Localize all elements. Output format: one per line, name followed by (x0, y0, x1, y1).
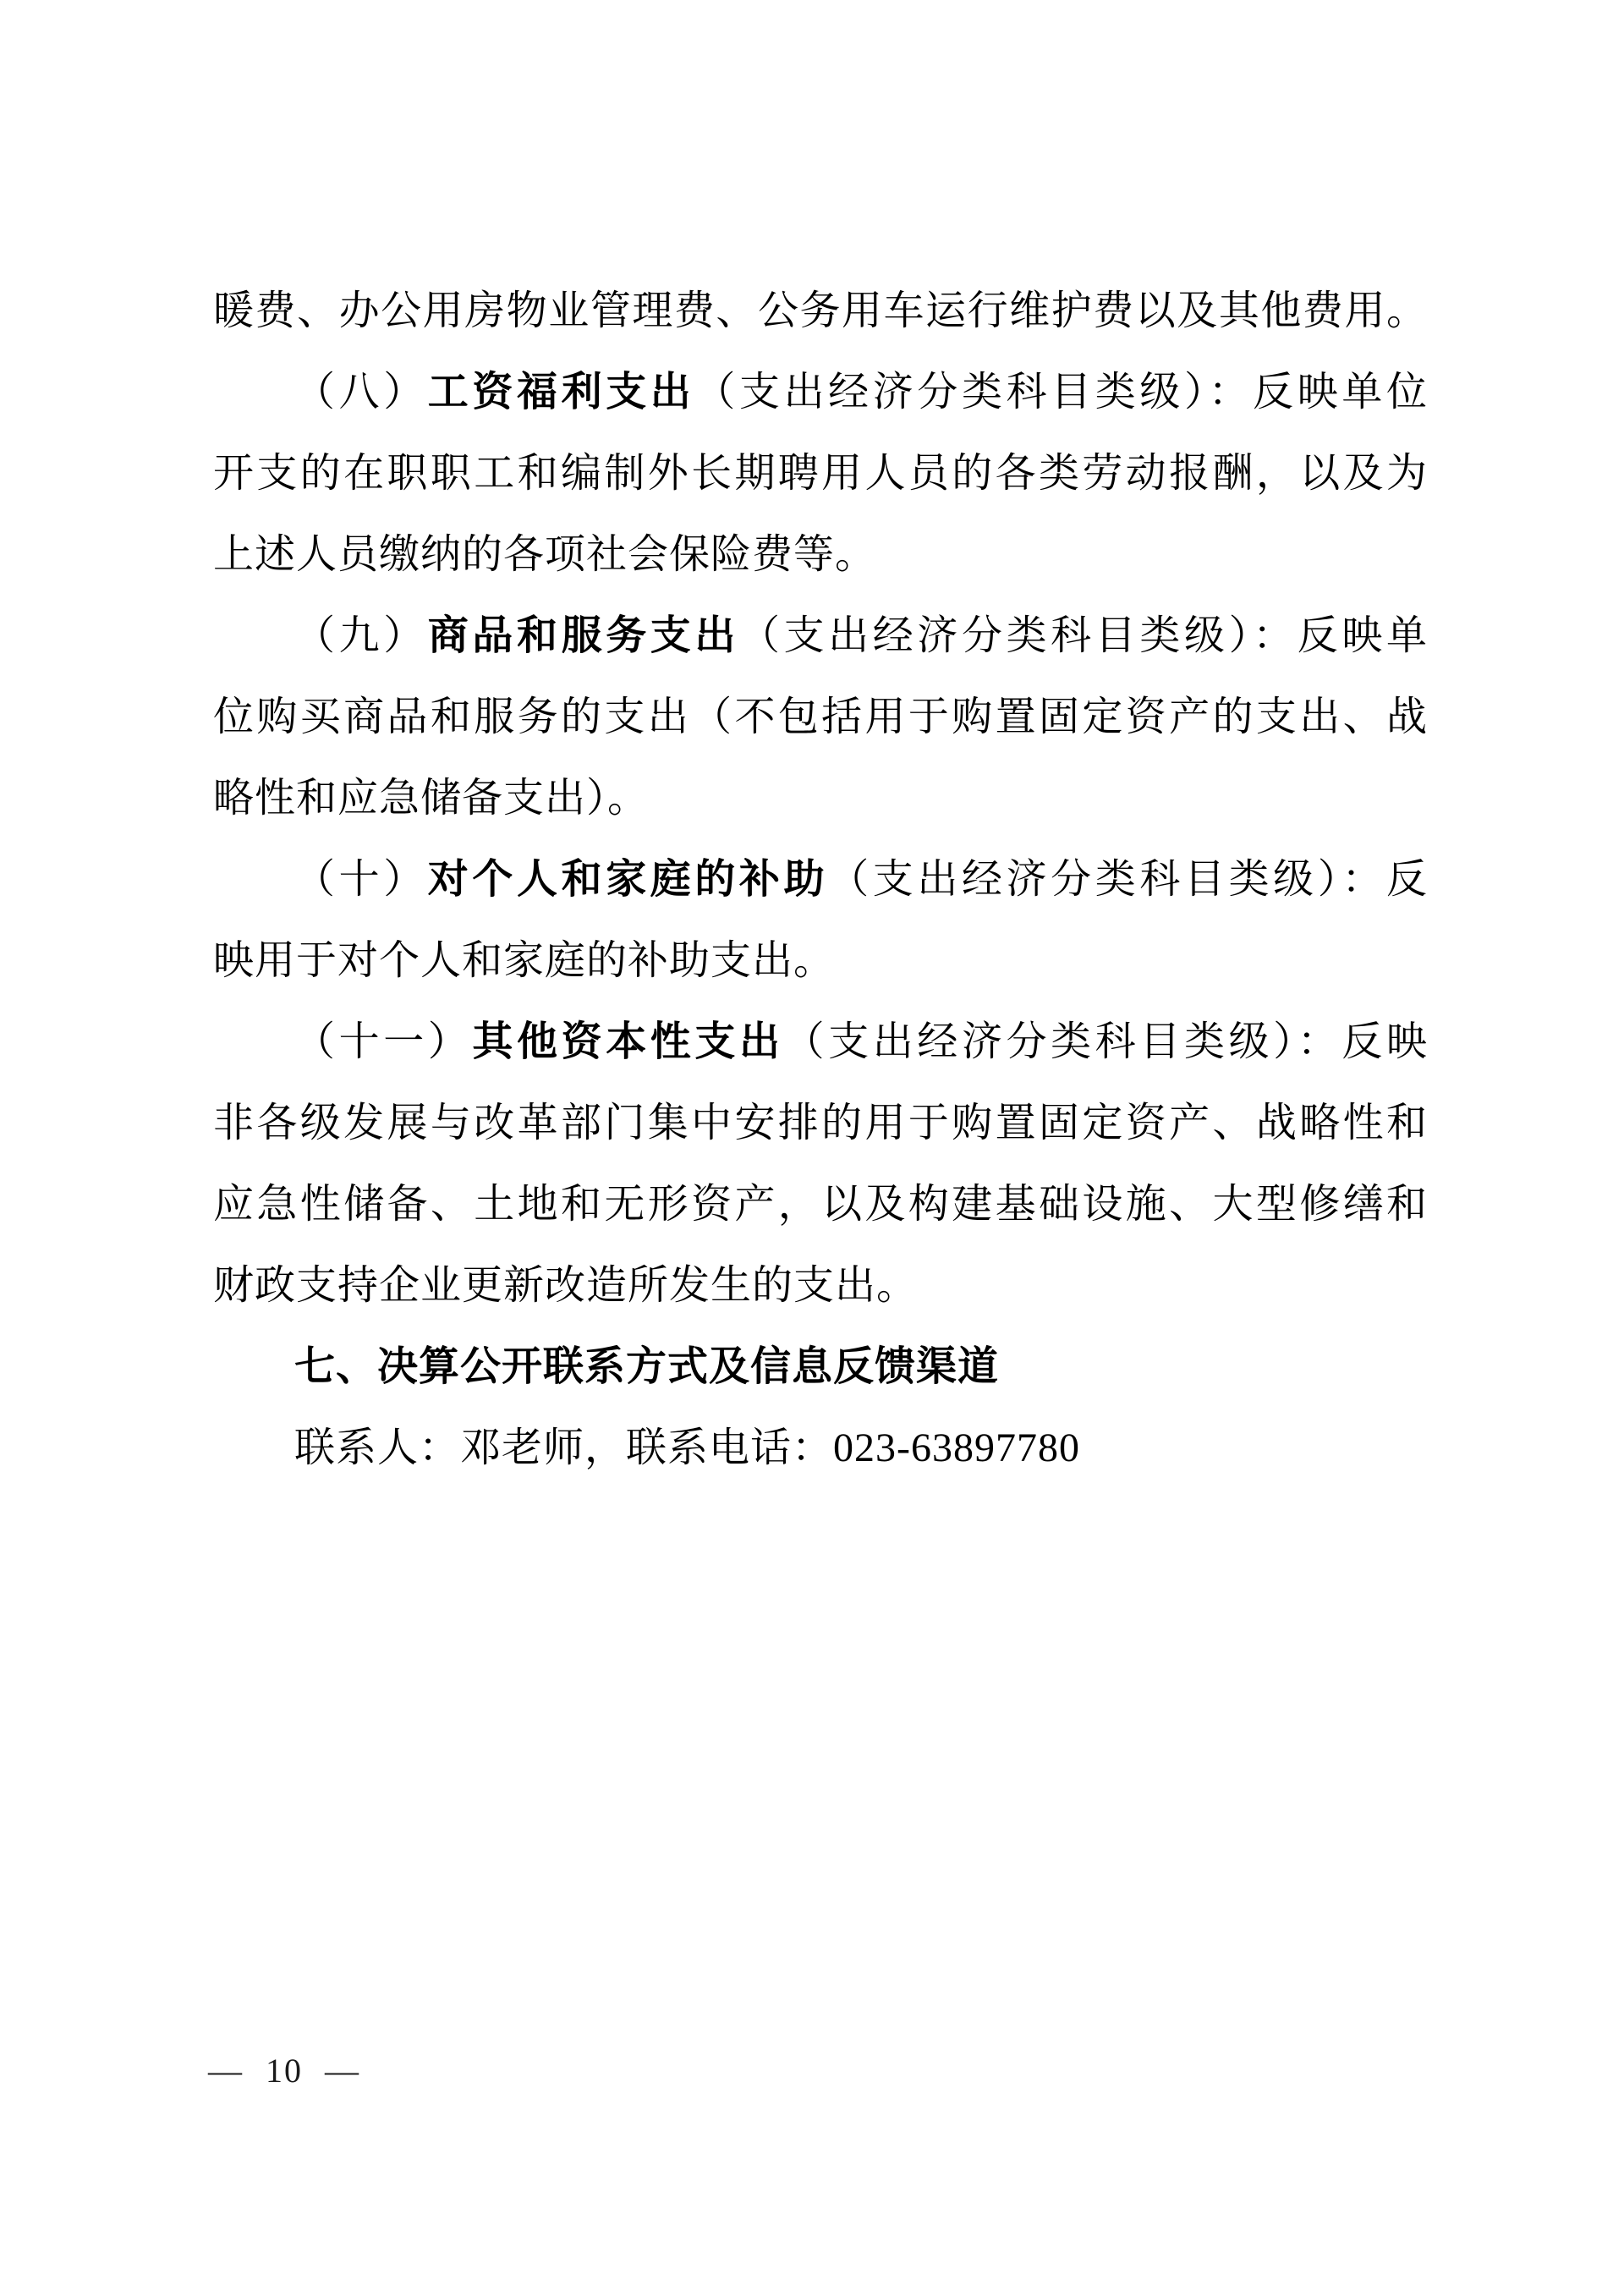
text-segment: 上述人员缴纳的各项社会保险费等。 (213, 532, 876, 577)
text-segment: 略性和应急储备支出）。 (213, 776, 649, 821)
emphasized-term: 对个人和家庭的补助 (428, 857, 828, 902)
text-segment: 暖费、办公用房物业管理费、公务用车运行维护费以及其他费用。 (213, 288, 1428, 333)
emphasized-term: 其他资本性支出 (472, 1019, 783, 1064)
text-segment: 联系人：邓老师，联系电话：023-63897780 (294, 1425, 1080, 1470)
text-segment: （九） (294, 613, 428, 658)
text-line: （十）对个人和家庭的补助（支出经济分类科目类级）：反 (213, 839, 1428, 920)
text-segment: （支出经济分类科目类级）：反 (828, 857, 1428, 902)
text-segment: （十） (294, 857, 428, 902)
text-segment: （支出经济分类科目类级）：反映 (784, 1019, 1428, 1064)
text-segment: 财政支持企业更新改造所发生的支出。 (213, 1263, 918, 1308)
page-number: — 10 — (208, 2051, 360, 2091)
text-segment: （八） (294, 370, 428, 415)
section-heading: 七、决算公开联系方式及信息反馈渠道 (213, 1327, 1428, 1408)
text-line: 联系人：邓老师，联系电话：023-63897780 (213, 1408, 1428, 1489)
text-line: 财政支持企业更新改造所发生的支出。 (213, 1245, 1428, 1327)
text-segment: （支出经济分类科目类级）：反映单 (739, 613, 1428, 658)
text-line: 位购买商品和服务的支出（不包括用于购置固定资产的支出、战 (213, 677, 1428, 758)
text-segment: 非各级发展与改革部门集中安排的用于购置固定资产、战略性和 (213, 1101, 1428, 1145)
text-line: （九）商品和服务支出（支出经济分类科目类级）：反映单 (213, 596, 1428, 677)
text-segment: 位购买商品和服务的支出（不包括用于购置固定资产的支出、战 (213, 695, 1428, 739)
document-body: 暖费、办公用房物业管理费、公务用车运行维护费以及其他费用。（八）工资福利支出（支… (213, 271, 1428, 1489)
text-line: 暖费、办公用房物业管理费、公务用车运行维护费以及其他费用。 (213, 271, 1428, 352)
text-line: 略性和应急储备支出）。 (213, 758, 1428, 839)
text-line: 开支的在职职工和编制外长期聘用人员的各类劳动报酬，以及为 (213, 433, 1428, 514)
text-line: 应急性储备、土地和无形资产，以及构建基础设施、大型修缮和 (213, 1164, 1428, 1245)
emphasized-term: 商品和服务支出 (428, 613, 739, 658)
text-line: 非各级发展与改革部门集中安排的用于购置固定资产、战略性和 (213, 1083, 1428, 1164)
text-segment: 映用于对个人和家庭的补助支出。 (213, 938, 835, 983)
text-line: 映用于对个人和家庭的补助支出。 (213, 920, 1428, 1002)
emphasized-term: 七、决算公开联系方式及信息反馈渠道 (294, 1344, 999, 1389)
text-line: 上述人员缴纳的各项社会保险费等。 (213, 514, 1428, 596)
emphasized-term: 工资福利支出 (428, 370, 695, 415)
text-segment: （支出经济分类科目类级）：反映单位 (694, 370, 1428, 415)
document-page: 暖费、办公用房物业管理费、公务用车运行维护费以及其他费用。（八）工资福利支出（支… (0, 0, 1624, 2296)
text-segment: 开支的在职职工和编制外长期聘用人员的各类劳动报酬，以及为 (213, 451, 1428, 496)
text-segment: （十一） (294, 1019, 472, 1064)
text-segment: 应急性储备、土地和无形资产，以及构建基础设施、大型修缮和 (213, 1182, 1428, 1227)
text-line: （八）工资福利支出（支出经济分类科目类级）：反映单位 (213, 352, 1428, 433)
text-line: （十一）其他资本性支出（支出经济分类科目类级）：反映 (213, 1002, 1428, 1083)
